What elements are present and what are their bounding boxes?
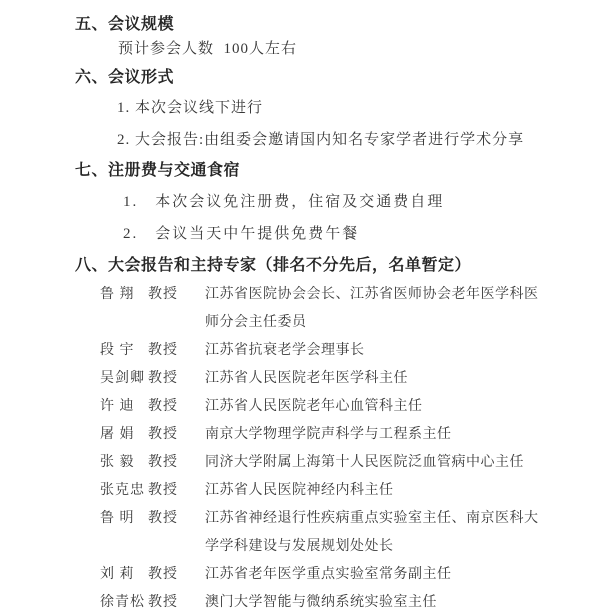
expert-affiliation: 江苏省抗衰老学会理事长 (205, 337, 540, 365)
experts-list: 鲁 翔 教授 江苏省医院协会会长、江苏省医师协会老年医学科医师分会主任委员 段 … (100, 281, 570, 616)
expert-name: 鲁 翔 (100, 281, 145, 309)
expert-affiliation: 江苏省人民医院老年医学科主任 (205, 365, 540, 393)
expert-affiliation: 南京大学物理学院声科学与工程系主任 (205, 421, 540, 449)
section-heading-scale: 五、会议规模 (75, 11, 174, 34)
scale-attendance-line: 预计参会人数 100人左右 (118, 37, 297, 58)
format-item-offline: 1. 本次会议线下进行 (117, 96, 263, 117)
document-page: 五、会议规模 预计参会人数 100人左右 六、会议形式 1. 本次会议线下进行 … (0, 0, 594, 616)
expert-row: 鲁 明 教授 江苏省神经退行性疾病重点实验室主任、南京医科大学学科建设与发展规划… (100, 505, 570, 561)
expert-affiliation: 江苏省老年医学重点实验室常务副主任 (205, 561, 540, 589)
expert-name: 刘 莉 (100, 561, 145, 589)
expert-title: 教授 (148, 365, 178, 393)
expert-row: 屠 娟 教授 南京大学物理学院声科学与工程系主任 (100, 421, 570, 449)
expert-affiliation: 江苏省人民医院神经内科主任 (205, 477, 540, 505)
expert-row: 吴剑卿 教授 江苏省人民医院老年医学科主任 (100, 365, 570, 393)
expert-row: 许 迪 教授 江苏省人民医院老年心血管科主任 (100, 393, 570, 421)
expert-name: 鲁 明 (100, 505, 145, 533)
section-heading-fees: 七、注册费与交通食宿 (75, 157, 240, 180)
expert-title: 教授 (148, 393, 178, 421)
expert-title: 教授 (148, 281, 178, 309)
expert-name: 屠 娟 (100, 421, 145, 449)
expert-name: 徐青松 (100, 589, 145, 616)
fees-item-lunch: 2. 会议当天中午提供免费午餐 (123, 222, 359, 243)
expert-affiliation: 同济大学附属上海第十人民医院泛血管病中心主任 (205, 449, 540, 477)
section-heading-format: 六、会议形式 (75, 64, 174, 87)
expert-affiliation: 江苏省医院协会会长、江苏省医师协会老年医学科医师分会主任委员 (205, 281, 540, 337)
expert-title: 教授 (148, 337, 178, 365)
expert-row: 张 毅 教授 同济大学附属上海第十人民医院泛血管病中心主任 (100, 449, 570, 477)
expert-name: 段 宇 (100, 337, 145, 365)
expert-title: 教授 (148, 477, 178, 505)
section-heading-speakers: 八、大会报告和主持专家（排名不分先后，名单暂定） (75, 252, 471, 275)
expert-name: 张 毅 (100, 449, 145, 477)
expert-affiliation: 江苏省神经退行性疾病重点实验室主任、南京医科大学学科建设与发展规划处处长 (205, 505, 540, 561)
fees-item-registration: 1. 本次会议免注册费，住宿及交通费自理 (123, 190, 444, 211)
expert-row: 刘 莉 教授 江苏省老年医学重点实验室常务副主任 (100, 561, 570, 589)
expert-title: 教授 (148, 589, 178, 616)
expert-title: 教授 (148, 561, 178, 589)
expert-name: 许 迪 (100, 393, 145, 421)
expert-name: 吴剑卿 (100, 365, 145, 393)
expert-affiliation: 江苏省人民医院老年心血管科主任 (205, 393, 540, 421)
expert-row: 段 宇 教授 江苏省抗衰老学会理事长 (100, 337, 570, 365)
expert-name: 张克忠 (100, 477, 145, 505)
expert-row: 徐青松 教授 澳门大学智能与微纳系统实验室主任 (100, 589, 570, 616)
format-item-reports: 2. 大会报告:由组委会邀请国内知名专家学者进行学术分享 (117, 128, 524, 149)
expert-title: 教授 (148, 421, 178, 449)
expert-affiliation: 澳门大学智能与微纳系统实验室主任 (205, 589, 540, 616)
expert-row: 鲁 翔 教授 江苏省医院协会会长、江苏省医师协会老年医学科医师分会主任委员 (100, 281, 570, 337)
expert-title: 教授 (148, 505, 178, 533)
expert-title: 教授 (148, 449, 178, 477)
expert-row: 张克忠 教授 江苏省人民医院神经内科主任 (100, 477, 570, 505)
